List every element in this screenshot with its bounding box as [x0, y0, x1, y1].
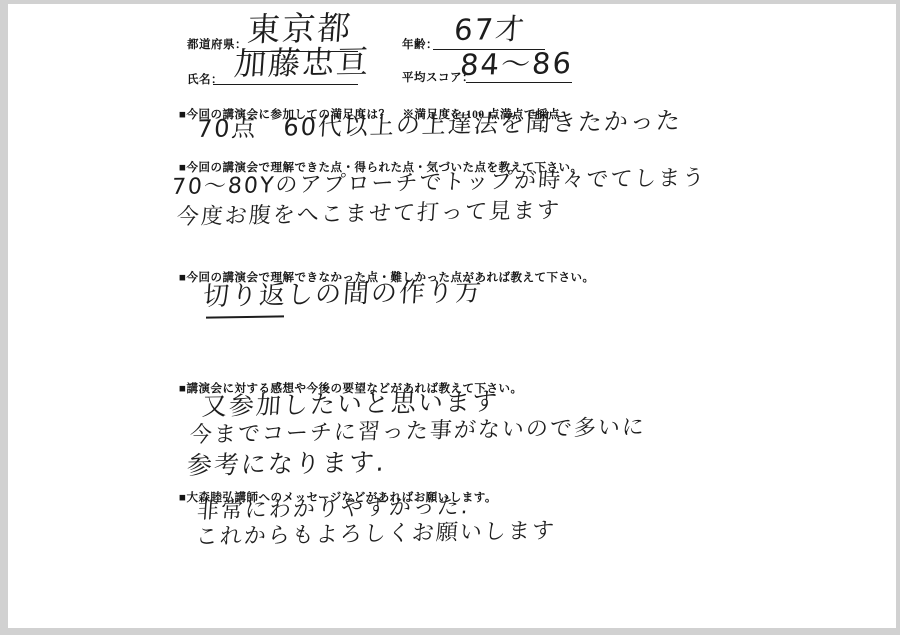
answer-impressions-line3-handwriting: 参考になります. — [186, 448, 387, 479]
answer-difficult-handwriting: 切り返しの間の作り方 — [202, 278, 484, 312]
answer-message-line1-handwriting: 非常にわかりやすかった. — [196, 495, 471, 524]
average-score-value-handwriting: 84〜86 — [459, 48, 574, 82]
average-score-underline — [466, 82, 572, 83]
age-value-handwriting: 67才 — [453, 14, 527, 47]
questionnaire-scan: 都道府県： 東京都 氏名： 加藤忠亘 年齢： 67才 平均スコア： 84〜86 … — [0, 0, 900, 635]
answer-impressions-line1-handwriting: 又参加したいと思います — [201, 388, 500, 421]
name-underline — [213, 84, 358, 85]
name-value-handwriting: 加藤忠亘 — [233, 45, 371, 83]
